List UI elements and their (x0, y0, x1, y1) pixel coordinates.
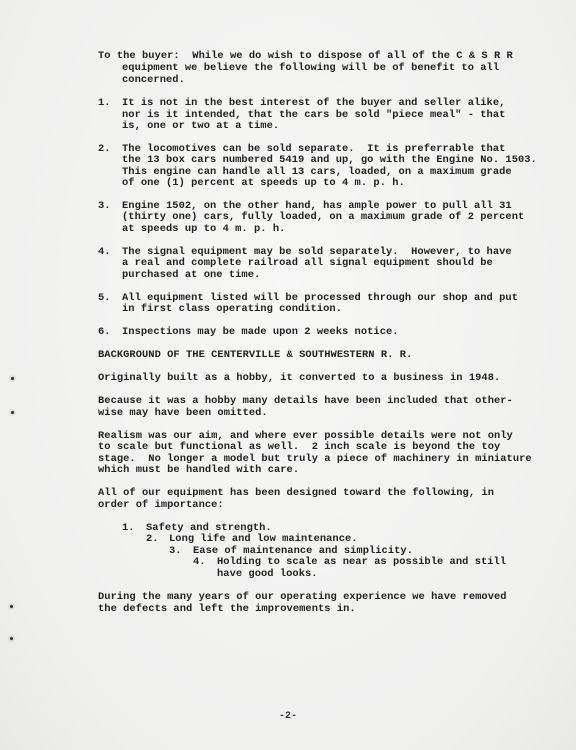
intro-line: equipment we believe the following will … (122, 63, 499, 74)
point-line: Inspections may be made upon 2 weeks not… (122, 327, 399, 338)
point-number: 4. (98, 247, 110, 258)
paragraph-line: All of our equipment has been designed t… (98, 488, 494, 499)
priority-line: Long life and low maintenance. (169, 534, 358, 545)
page-number: -2- (0, 711, 576, 722)
binder-hole-mark (10, 605, 13, 608)
paragraph-line: During the many years of our operating e… (98, 592, 507, 603)
priority-line: Holding to scale as near as possible and… (217, 557, 506, 568)
priority-number: 4. (193, 557, 205, 568)
section-heading: BACKGROUND OF THE CENTERVILLE & SOUTHWES… (98, 350, 412, 361)
point-line: in first class operating condition. (122, 304, 342, 315)
point-line: of one (1) percent at speeds up to 4 m. … (122, 178, 405, 189)
point-line: is, one or two at a time. (122, 121, 279, 132)
binder-hole-mark (11, 411, 14, 414)
priority-line: have good looks. (217, 569, 318, 580)
priority-number: 1. (122, 523, 134, 534)
paragraph-line: order of importance: (98, 500, 224, 511)
point-number: 3. (98, 201, 110, 212)
paragraph-line: to scale but functional as well. 2 inch … (98, 442, 500, 453)
priority-number: 2. (146, 534, 158, 545)
point-line: (thirty one) cars, fully loaded, on a ma… (122, 212, 524, 223)
point-number: 5. (98, 293, 110, 304)
intro-line: concerned. (122, 75, 185, 86)
binder-hole-mark (11, 377, 14, 380)
priority-number: 3. (169, 546, 181, 557)
paragraph-line: Originally built as a hobby, it converte… (98, 373, 500, 384)
intro-line: To the buyer: While we do wish to dispos… (98, 51, 513, 62)
point-line: the 13 box cars numbered 5419 and up, go… (122, 155, 537, 166)
point-line: at speeds up to 4 m. p. h. (122, 224, 285, 235)
binder-hole-mark (10, 637, 13, 640)
point-line: a real and complete railroad all signal … (122, 258, 493, 269)
document-page: To the buyer: While we do wish to dispos… (0, 0, 576, 750)
point-number: 6. (98, 327, 110, 338)
point-line: It is not in the best interest of the bu… (122, 98, 505, 109)
paragraph-line: the defects and left the improvements in… (98, 604, 356, 615)
point-number: 1. (98, 98, 110, 109)
paragraph-line: wise may have been omitted. (98, 408, 268, 419)
paragraph-line: which must be handled with care. (98, 465, 299, 476)
point-line: purchased at one time. (122, 270, 260, 281)
point-number: 2. (98, 144, 110, 155)
paragraph-line: Because it was a hobby many details have… (98, 396, 513, 407)
